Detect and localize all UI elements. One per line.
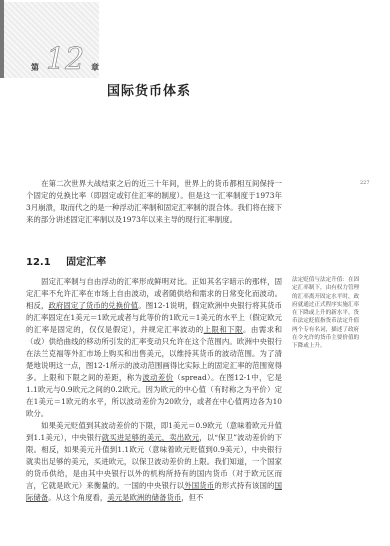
body-text: 固定汇率制与自由浮动的汇率形成鲜明对比。正如其名字暗示的那样，固定汇率不允许汇率… — [26, 276, 282, 504]
chapter-badge: 第 12 章 — [4, 2, 99, 78]
underlined-phrase: 波动差价 — [142, 373, 173, 382]
underlined-phrase: 美元是欧洲的储备货币 — [107, 493, 181, 502]
section-number: 12.1 — [26, 257, 51, 268]
chapter-prefix: 第 — [31, 62, 39, 73]
intro-text: 在第二次世界大战结束之后的近三十年间，世界上的货币都相互间保持一个固定的兑换比率… — [26, 179, 282, 224]
margin-note: 法定贬值与法定升值：在固定汇率制下，由有权力管理的汇率离开固定水平时，政府就通过… — [292, 276, 360, 351]
body-text-segment: 的形式持有该国的 — [214, 481, 274, 490]
chapter-number: 12 — [46, 42, 84, 77]
chapter-suffix: 章 — [91, 62, 99, 73]
underlined-phrase: 政府固定了货币的兑换价值 — [48, 301, 138, 310]
intro-paragraph: 在第二次世界大战结束之后的近三十年间，世界上的货币都相互间保持一个固定的兑换比率… — [26, 178, 282, 226]
body-text-segment: 。从这个角度看， — [48, 493, 107, 502]
section-heading: 12.1 固定汇率 — [26, 253, 106, 268]
page-number: 227 — [360, 180, 370, 186]
chapter-title: 国际货币体系 — [107, 80, 191, 99]
body-text-segment: ，但不 — [181, 493, 203, 502]
underlined-phrase: 上限和下限 — [204, 325, 243, 334]
section-title: 固定汇率 — [66, 257, 106, 268]
underlined-phrase: 外国货币 — [184, 481, 214, 490]
underlined-phrase: 就买进足够的美元，卖出欧元 — [102, 433, 200, 442]
